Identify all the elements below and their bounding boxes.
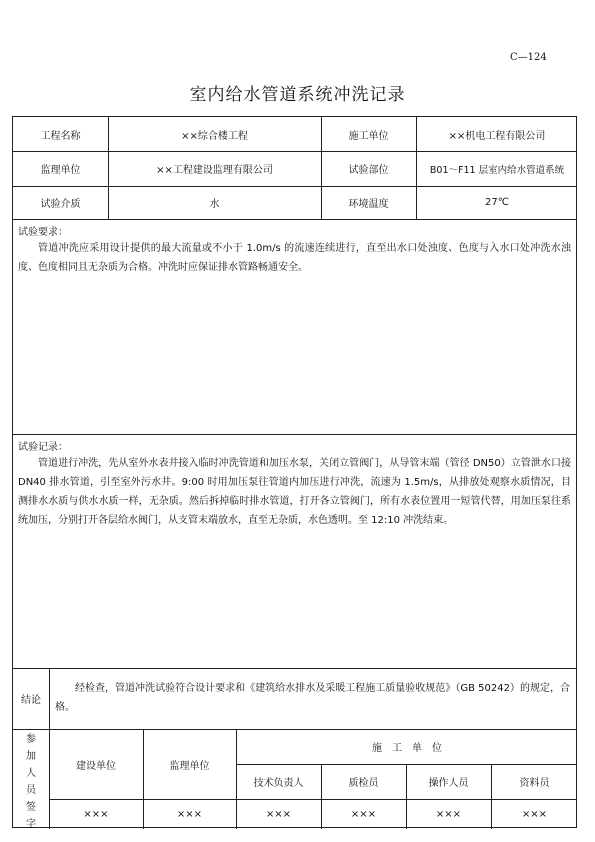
record-label: 试验记录：	[18, 438, 68, 453]
participants-sign-label: 参 加 人 员 签 字	[13, 731, 49, 833]
owner-unit-header: 建设单位	[49, 729, 143, 799]
signature-quality-inspector: ×××	[321, 799, 406, 829]
value-test-location: B01～F11 层室内给水管道系统	[416, 151, 578, 186]
label-test-medium: 试验介质	[13, 186, 108, 219]
value-supervisor: ××工程建设监理有限公司	[108, 151, 321, 186]
conclusion-text: 经检查，管道冲洗试验符合设计要求和《建筑给水排水及采暖工程施工质量验收规范》（G…	[55, 679, 570, 717]
signature-owner: ×××	[49, 799, 143, 829]
label-supervisor: 监理单位	[13, 151, 108, 186]
value-contractor: ××机电工程有限公司	[416, 117, 578, 151]
value-test-medium: 水	[108, 186, 321, 219]
signature-operator: ×××	[406, 799, 491, 829]
record-text: 管道进行冲洗，先从室外水表井接入临时冲洗管道和加压水泵，关闭立管阀门，从导管末端…	[18, 454, 571, 530]
contractor-unit-header: 施 工 单 位	[236, 729, 578, 764]
label-test-location: 试验部位	[321, 151, 416, 186]
supervisor-unit-header: 监理单位	[143, 729, 236, 799]
record-form: 工程名称 ××综合楼工程 施工单位 ××机电工程有限公司 监理单位 ××工程建设…	[12, 116, 577, 828]
label-contractor: 施工单位	[321, 117, 416, 151]
signature-supervisor: ×××	[143, 799, 236, 829]
conclusion-label: 结论	[13, 668, 49, 729]
value-ambient-temp: 27℃	[416, 186, 578, 219]
role-documentation: 资料员	[491, 764, 578, 799]
value-project-name: ××综合楼工程	[108, 117, 321, 151]
label-project-name: 工程名称	[13, 117, 108, 151]
role-operator: 操作人员	[406, 764, 491, 799]
signature-technical-lead: ×××	[236, 799, 321, 829]
role-quality-inspector: 质检员	[321, 764, 406, 799]
page-title: 室内给水管道系统冲洗记录	[0, 80, 595, 105]
requirements-label: 试验要求：	[18, 223, 68, 238]
signature-documentation: ×××	[491, 799, 578, 829]
form-code: C—124	[510, 52, 547, 63]
role-technical-lead: 技术负责人	[236, 764, 321, 799]
requirements-text: 管道冲洗应采用设计提供的最大流量或不小于 1.0m/s 的流速连续进行，直至出水…	[18, 239, 571, 277]
label-ambient-temp: 环境温度	[321, 186, 416, 219]
